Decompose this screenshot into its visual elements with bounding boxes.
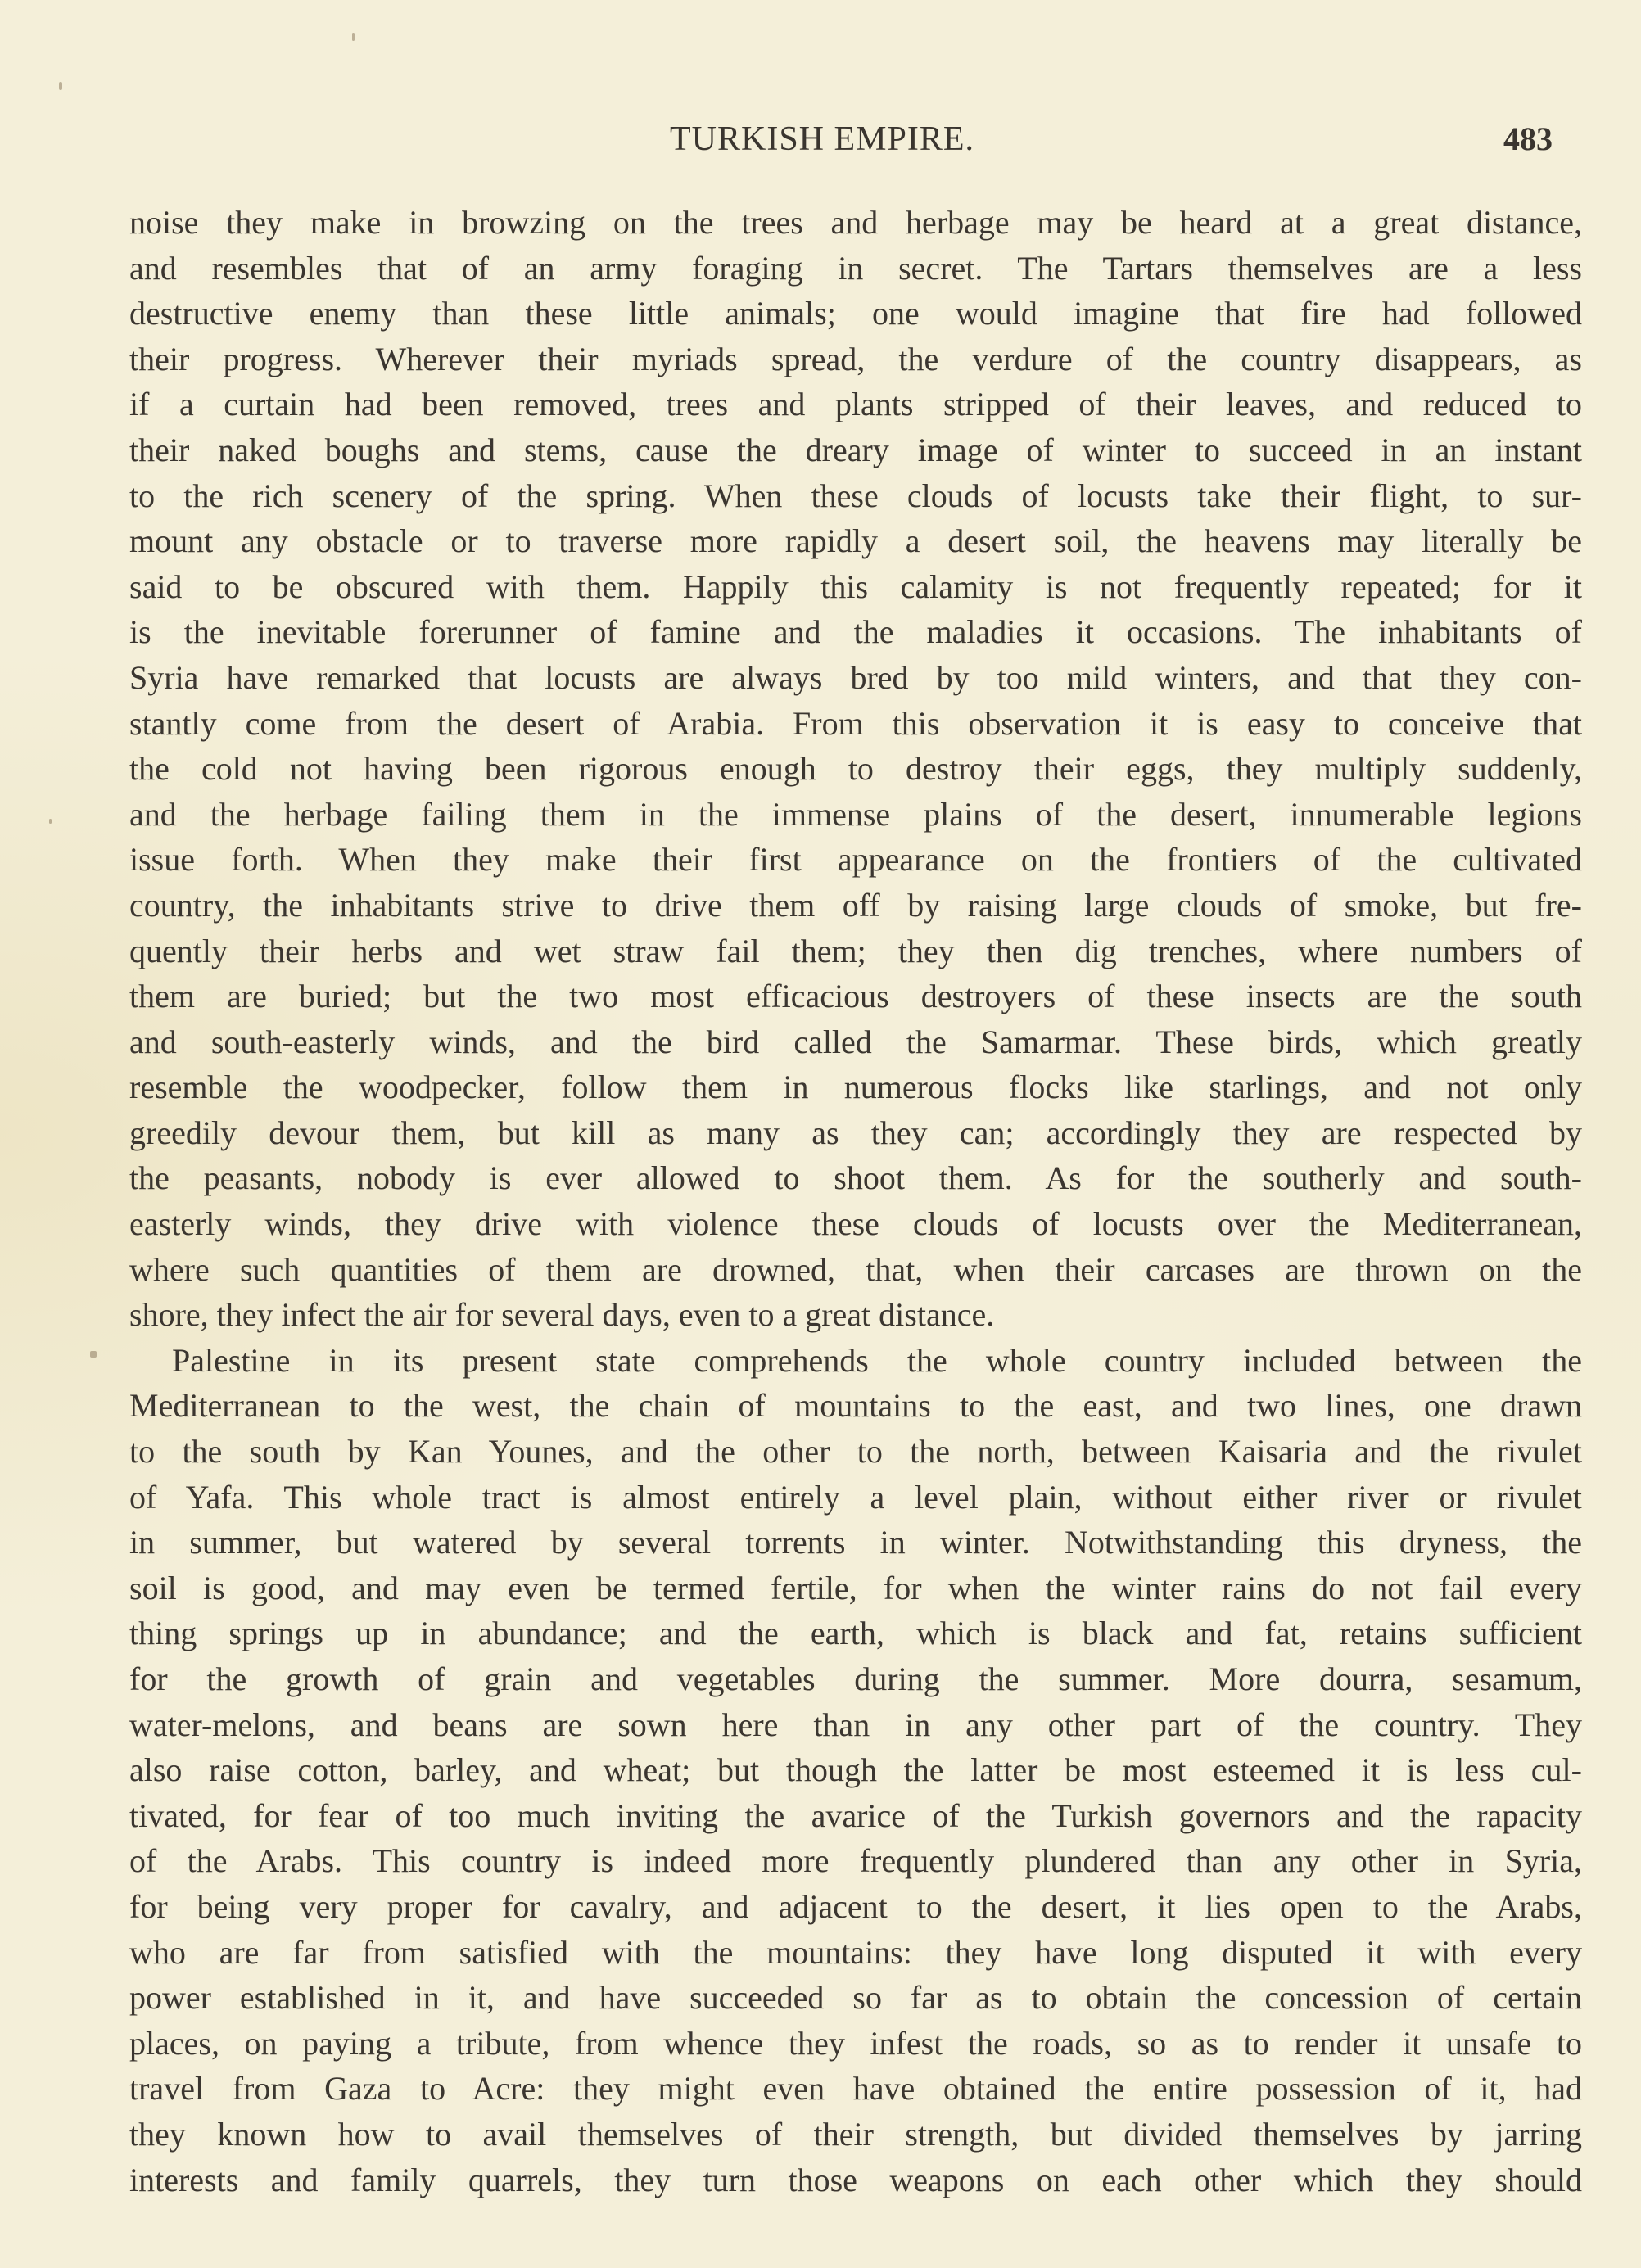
text-line: places, on paying a tribute, from whence…: [129, 2021, 1582, 2067]
text-line: stantly come from the desert of Arabia. …: [129, 701, 1582, 747]
text-line: of the Arabs. This country is indeed mor…: [129, 1838, 1582, 1884]
text-line: mount any obstacle or to traverse more r…: [129, 518, 1582, 564]
paper-speck: [59, 82, 62, 90]
text-line: and south-easterly winds, and the bird c…: [129, 1019, 1582, 1065]
text-line: water-melons, and beans are sown here th…: [129, 1702, 1582, 1748]
running-head: TURKISH EMPIRE. 483: [0, 115, 1641, 164]
text-line: said to be obscured with them. Happily t…: [129, 564, 1582, 610]
text-line: the cold not having been rigorous enough…: [129, 746, 1582, 792]
body-text: noise they make in browzing on the trees…: [129, 200, 1582, 2202]
page-number: 483: [1503, 115, 1553, 164]
text-line: to the rich scenery of the spring. When …: [129, 473, 1582, 519]
text-line: thing springs up in abundance; and the e…: [129, 1611, 1582, 1656]
text-line: who are far from satisfied with the moun…: [129, 1930, 1582, 1976]
text-line: if a curtain had been removed, trees and…: [129, 382, 1582, 427]
text-line: Syria have remarked that locusts are alw…: [129, 655, 1582, 701]
text-line: noise they make in browzing on the trees…: [129, 200, 1582, 246]
paper-speck: [49, 819, 52, 824]
text-line: and the herbage failing them in the imme…: [129, 792, 1582, 838]
text-line: soil is good, and may even be termed fer…: [129, 1565, 1582, 1611]
text-line: to the south by Kan Younes, and the othe…: [129, 1429, 1582, 1475]
text-line: for being very proper for cavalry, and a…: [129, 1884, 1582, 1930]
text-line: they known how to avail themselves of th…: [129, 2112, 1582, 2157]
text-line: Mediterranean to the west, the chain of …: [129, 1383, 1582, 1429]
text-line: their naked boughs and stems, cause the …: [129, 427, 1582, 473]
text-line: travel from Gaza to Acre: they might eve…: [129, 2066, 1582, 2112]
text-line: easterly winds, they drive with violence…: [129, 1201, 1582, 1247]
paper-speck: [352, 33, 355, 41]
text-line: quently their herbs and wet straw fail t…: [129, 928, 1582, 974]
text-line: greedily devour them, but kill as many a…: [129, 1110, 1582, 1156]
text-line: where such quantities of them are drowne…: [129, 1247, 1582, 1293]
text-line: of Yafa. This whole tract is almost enti…: [129, 1475, 1582, 1520]
text-line: power established in it, and have succee…: [129, 1975, 1582, 2021]
text-line: and resembles that of an army foraging i…: [129, 246, 1582, 291]
text-line: interests and family quarrels, they turn…: [129, 2157, 1582, 2203]
text-line: issue forth. When they make their first …: [129, 837, 1582, 883]
paper-speck: [90, 1351, 97, 1358]
text-line: tivated, for fear of too much inviting t…: [129, 1793, 1582, 1839]
text-line: the peasants, nobody is ever allowed to …: [129, 1155, 1582, 1201]
text-line: their progress. Wherever their myriads s…: [129, 337, 1582, 382]
text-line: Palestine in its present state comprehen…: [129, 1338, 1582, 1384]
running-title: TURKISH EMPIRE.: [670, 115, 974, 164]
book-page: TURKISH EMPIRE. 483 noise they make in b…: [0, 0, 1641, 2268]
text-line: them are buried; but the two most effica…: [129, 974, 1582, 1019]
text-line: resemble the woodpecker, follow them in …: [129, 1064, 1582, 1110]
paragraph-palestine: Palestine in its present state comprehen…: [129, 1338, 1582, 2202]
text-line: shore, they infect the air for several d…: [129, 1292, 1582, 1338]
text-line: is the inevitable forerunner of famine a…: [129, 609, 1582, 655]
text-line: for the growth of grain and vegetables d…: [129, 1656, 1582, 1702]
text-line: destructive enemy than these little anim…: [129, 291, 1582, 337]
text-line: also raise cotton, barley, and wheat; bu…: [129, 1747, 1582, 1793]
text-line: country, the inhabitants strive to drive…: [129, 883, 1582, 928]
text-line: in summer, but watered by several torren…: [129, 1520, 1582, 1565]
paragraph-locusts: noise they make in browzing on the trees…: [129, 200, 1582, 1338]
